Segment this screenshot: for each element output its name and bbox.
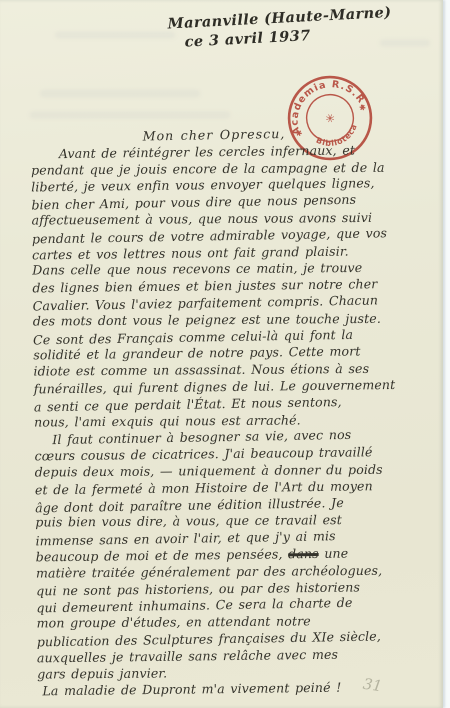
bleedthrough-smudge — [30, 112, 230, 118]
bleedthrough-smudge — [40, 90, 200, 97]
letter-paper: Maranville (Haute-Marne) ce 3 avril 1937… — [0, 0, 443, 708]
scanned-letter-page: { "letter": { "place_date": { "line1": "… — [0, 0, 450, 708]
letter-line: idiote est comme un assassinat. Nous éti… — [33, 361, 427, 381]
pencil-page-number: 31 — [362, 675, 383, 695]
letter-line: matière traitée généralement par des arc… — [36, 562, 430, 582]
letter-line: depuis deux mois, — uniquement à donner … — [35, 461, 429, 481]
bleedthrough-smudge — [55, 32, 175, 38]
letter-body: Mon cher Oprescu, Avant de réintégrer le… — [31, 125, 432, 701]
line-text: une — [319, 546, 349, 561]
letter-line: pendant que je jouis encore de la campag… — [31, 159, 425, 179]
struck-word: dans — [288, 546, 319, 561]
